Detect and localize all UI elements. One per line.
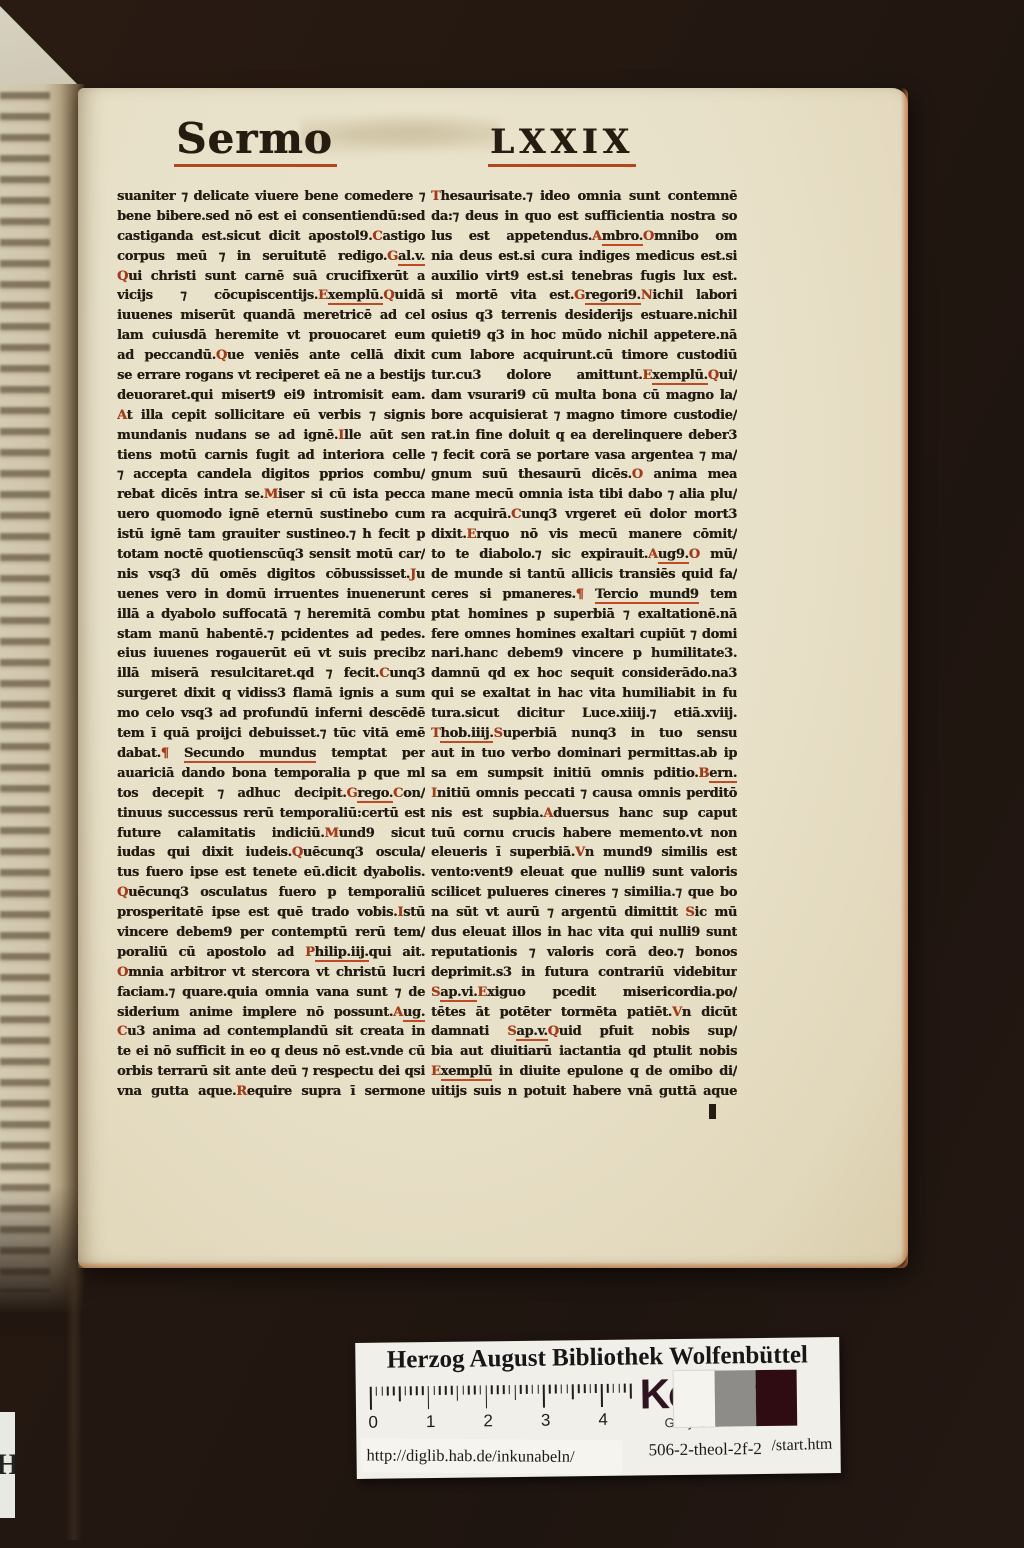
side-book-label: H	[0, 1412, 15, 1518]
text-line: prosperitatē ipse est quē trado vobis.Is…	[117, 903, 425, 923]
text-line: corpus meū ⁊ in seruitutē redigo.Gal.v.	[117, 247, 425, 267]
text-line: ptat homines p superbiā ⁊ exaltationē.nā	[431, 605, 737, 625]
rubricated-initial: A	[543, 806, 553, 821]
rubricated-initial: O	[689, 547, 700, 562]
red-underlined-citation: ap.vi.	[440, 985, 477, 1002]
ruler-tick	[480, 1385, 482, 1394]
text-line: uitijs suis n potuit habere vnā guttā aq…	[431, 1082, 737, 1102]
text-line: faciam.⁊ quare.quia omnia vana sunt ⁊ de	[117, 983, 425, 1003]
text-line: uenes vero in domū irruentes inuenerunt	[117, 585, 425, 605]
ruler-tick	[532, 1385, 534, 1394]
rubricated-initial: ¶	[161, 746, 169, 761]
ruler-tick	[589, 1384, 591, 1393]
rubricated-initial: ¶	[576, 587, 584, 602]
ruler-numbers: 01234	[370, 1408, 632, 1433]
text-line: quieti9 q3 in hoc mūdo nichil appetere.n…	[431, 326, 737, 346]
rubricated-initial: A	[648, 547, 658, 562]
text-line: nis est supbia.Aduersus hanc sup caput	[431, 804, 737, 824]
ruler-tick	[416, 1386, 418, 1395]
ruler-tick	[370, 1387, 372, 1410]
text-line: ad peccandū.Que veniēs ante cellā dixit	[117, 346, 425, 366]
ruler-tick	[618, 1384, 620, 1393]
text-line: illā a dyabolo suffocatā ⁊ heremitā comb…	[117, 605, 425, 625]
rubricated-initial: C	[393, 786, 403, 801]
ruler-tick	[485, 1385, 487, 1408]
ruler-tick	[456, 1386, 458, 1401]
ruler-tick	[537, 1385, 539, 1394]
ruler-tick	[503, 1385, 505, 1394]
text-line: mo celo vsq3 ad profundū inferni descēdē	[117, 704, 425, 724]
rubricated-initial: T	[431, 726, 440, 741]
red-underlined-citation: ug9.	[658, 547, 689, 564]
ruler-tick	[376, 1387, 378, 1396]
text-line: poraliū cū apostolo ad Philip.iij.qui ai…	[117, 943, 425, 963]
text-line: iuuenes miserūt quandā meretricē ad cel	[117, 306, 425, 326]
text-line: scilicet pulueres cineres ⁊ similia.⁊ qu…	[431, 883, 737, 903]
text-line: suaniter ⁊ delicate viuere bene comedere…	[117, 187, 425, 207]
text-line: tētes āt potēter tormēta patiēt.Vn dicūt	[431, 1003, 737, 1023]
rubricated-initial: V	[672, 1005, 682, 1020]
ruler-tick	[462, 1386, 464, 1395]
rubricated-initial: G	[346, 786, 357, 801]
ruler-tick	[508, 1385, 510, 1394]
ruler-tick	[393, 1386, 395, 1395]
rubricated-initial: Q	[548, 1024, 559, 1039]
text-line: auxilio virt9 est.si tenebras fugis lux …	[431, 267, 737, 287]
text-line: stam manū habentē.⁊ pcidentes ad pedes.	[117, 625, 425, 645]
text-line: aut in tuo verbo dominari permittas.ab i…	[431, 744, 737, 764]
rubricated-initial: S	[493, 726, 502, 741]
ruler-tick	[601, 1384, 603, 1407]
text-line: cum labore acquirunt.cū timore custodiū	[431, 346, 737, 366]
text-line: nari.hanc debem9 vincere p humilitate3.	[431, 644, 737, 664]
text-column-right: Thesaurisate.⁊ ideo omnia sunt contemnēd…	[431, 187, 737, 1102]
text-line: dixit.Erquo nō vis mecū manere cōmit/	[431, 525, 737, 545]
red-underlined-citation: Tercio mund9	[595, 587, 699, 604]
cm-ruler: 01234	[370, 1384, 633, 1443]
rubricated-initial: A	[117, 408, 127, 423]
text-line: Thesaurisate.⁊ ideo omnia sunt contemnē	[431, 187, 737, 207]
text-line: se errare rogans vt reciperet eā ne a be…	[117, 366, 425, 386]
rubricated-initial: Q	[117, 269, 128, 284]
text-line: reputationis ⁊ valoris corā deo.⁊ bonos	[431, 943, 737, 963]
text-line: de munde si tantū allicis transiēs quid …	[431, 565, 737, 585]
text-line: castiganda est.sicut dicit apostol9.Cast…	[117, 227, 425, 247]
rubricated-initial: I	[338, 428, 344, 443]
ruler-tick	[468, 1386, 470, 1395]
rubricated-initial: E	[642, 368, 652, 383]
ruler-number: 3	[541, 1411, 551, 1431]
rubricated-initial: A	[393, 1005, 403, 1020]
text-line: totam noctē quotienscūq3 sensit motū car…	[117, 545, 425, 565]
red-underlined-citation: xemplū.	[328, 288, 384, 305]
red-underlined-citation: hilip.iij.	[315, 945, 369, 962]
rubricated-initial: G	[387, 249, 398, 264]
rubricated-initial: B	[698, 766, 709, 781]
ruler-tick	[613, 1384, 615, 1393]
text-line: to te diabolo.⁊ sic expirauit.Aug9.O mū/	[431, 545, 737, 565]
folio-number: LXXIX	[488, 122, 636, 167]
rubricated-initial: E	[477, 985, 487, 1000]
red-underlined-citation: ap.v.	[516, 1024, 547, 1041]
rubricated-initial: M	[264, 487, 278, 502]
ruler-tick	[445, 1386, 447, 1395]
red-underlined-citation: xemplū.	[652, 368, 708, 385]
text-line: nia deus est.si cura indiges medicus est…	[431, 247, 737, 267]
ruler-tick	[491, 1385, 493, 1394]
library-label-card: Herzog August Bibliothek Wolfenbüttel 01…	[355, 1337, 841, 1479]
column-end-mark	[709, 1104, 716, 1119]
rubricated-initial: C	[379, 666, 389, 681]
text-line: sa em sumpsit initiū omnis pditio.Bern.	[431, 764, 737, 784]
gray-scale-patches	[674, 1370, 798, 1427]
text-line: siderium anime implere nō possunt.Aug.	[117, 1003, 425, 1023]
text-line: bia aut diuitiarū iactantia qd ptulit no…	[431, 1042, 737, 1062]
text-line: rebat dicēs intra se.Miser si cū ista pe…	[117, 485, 425, 505]
ruler-tick	[422, 1386, 424, 1395]
text-line: tur.cu3 dolore amittunt.Exemplū.Qui/	[431, 366, 737, 386]
red-underlined-citation: xemplū	[441, 1064, 492, 1081]
text-line: surgeret dixit q vidiss3 flamā ignis a s…	[117, 684, 425, 704]
text-line: Omnia arbitror vt stercora vt christū lu…	[117, 963, 425, 983]
text-line: dus eleuat illos in hac vita qui nulli9 …	[431, 923, 737, 943]
text-line: gnum suū thesaurū dicēs.O anima mea	[431, 465, 737, 485]
running-title: Sermo	[174, 114, 337, 167]
text-line: mundanis nudans se ad ignē.Ille aūt sen	[117, 426, 425, 446]
red-underlined-citation: al.v.	[398, 249, 425, 266]
text-line: ⁊ accepta candela digitos pprios combu/	[117, 465, 425, 485]
ruler-tick	[584, 1384, 586, 1393]
text-line: rat.in fine doluit q ea derelinquere deb…	[431, 426, 737, 446]
text-line: tuū cornu crucis habere memento.vt non	[431, 824, 737, 844]
red-underlined-citation: mbro.	[602, 229, 643, 246]
ruler-tick	[555, 1385, 557, 1394]
ruler-tick	[595, 1384, 597, 1393]
text-line: da:⁊ deus in quo est sufficientia nostra…	[431, 207, 737, 227]
text-line: future calamitatis indiciū.Mund9 sicut	[117, 824, 425, 844]
spine-shadow	[66, 1260, 82, 1540]
red-underlined-citation: ern.	[709, 766, 737, 783]
text-line: iudas qui dixit iudeis.Quēcunq3 oscula/	[117, 843, 425, 863]
text-line: vento:vent9 eleuat que nulli9 sunt valor…	[431, 863, 737, 883]
ruler-tick	[560, 1384, 562, 1393]
side-book-label-letter: H	[0, 1448, 15, 1482]
text-line: Quēcunq3 osculatus fuero p temporaliū	[117, 883, 425, 903]
red-underlined-citation: hob.iiij.	[440, 726, 493, 743]
rubricated-initial: Q	[117, 885, 128, 900]
text-line: ra acquirā.Cunq3 vrgeret eū dolor mort3	[431, 505, 737, 525]
text-line: tem ī quā proijci debuisset.⁊ tūc vitā e…	[117, 724, 425, 744]
text-line: eleueris ī superbiā.Vn mund9 similis est	[431, 843, 737, 863]
rubricated-initial: Q	[383, 288, 394, 303]
shelfmark: 506-2-theol-2f-2	[648, 1439, 762, 1460]
text-line: At illa cepit sollicitare eū verbis ⁊ si…	[117, 406, 425, 426]
text-line: te ei nō sufficit in eo q deus nō est.vn…	[117, 1042, 425, 1062]
red-underlined-citation: regori9.	[585, 288, 641, 305]
rubricated-initial: G	[574, 288, 585, 303]
ruler-number: 2	[483, 1411, 493, 1431]
text-line: vicijs ⁊ cōcupiscentijs.Exemplū.Quidā	[117, 286, 425, 306]
text-line: tinuus successus rerū temporaliū:certū e…	[117, 804, 425, 824]
rubricated-initial: C	[511, 507, 521, 522]
ruler-tick	[474, 1385, 476, 1394]
text-line: illā miserā resulcitaret.qd ⁊ fecit.Cunq…	[117, 664, 425, 684]
rubricated-initial: V	[575, 845, 585, 860]
red-underlined-citation: ug.	[403, 1005, 425, 1022]
facing-page-edge	[0, 84, 84, 1334]
text-line: Qui christi sunt carnē suā crucifixerūt …	[117, 267, 425, 287]
rubricated-initial: I	[397, 905, 403, 920]
rubricated-initial: Q	[216, 348, 227, 363]
rubricated-initial: S	[431, 985, 440, 1000]
rubricated-initial: C	[117, 1024, 127, 1039]
ruler-tick	[572, 1384, 574, 1399]
text-line: ceres si pmaneres.¶ Tercio mund9 tem	[431, 585, 737, 605]
text-line: bore acquisierat ⁊ magno timore custodie…	[431, 406, 737, 426]
text-line: Cu3 anima ad contemplandū sit creata in	[117, 1022, 425, 1042]
text-line: tiens motū carnis fugit ad interiora cel…	[117, 446, 425, 466]
text-line: damnati Sap.v.Quid pfuit nobis sup/	[431, 1022, 737, 1042]
text-line: tus fuero ipse est tenete eū.dicit dyabo…	[117, 863, 425, 883]
text-line: osius q3 terrenis desiderijs estuare.nic…	[431, 306, 737, 326]
ruler-tick	[520, 1385, 522, 1394]
text-line: eius iuuenes rogauerūt eū vt suis precib…	[117, 644, 425, 664]
rubricated-initial: P	[305, 945, 314, 960]
text-line: lam cuiusdā heremite vt prouocaret eum	[117, 326, 425, 346]
text-line: dabat.¶ Secundo mundus temptat per	[117, 744, 425, 764]
ruler-tick	[387, 1387, 389, 1396]
ruler-tick	[428, 1386, 430, 1409]
manuscript-page: Sermo LXXIX suaniter ⁊ delicate viuere b…	[78, 88, 908, 1268]
text-line: tos decepit ⁊ adhuc decipit.Grego.Con/	[117, 784, 425, 804]
text-line: vincere debem9 per contemptū rerū tem/	[117, 923, 425, 943]
rubricated-initial: O	[632, 467, 643, 482]
ruler-tick	[607, 1384, 609, 1393]
text-line: dam vsurari9 cū multa bona cū magno la/	[431, 386, 737, 406]
text-line: Exemplū in diuite epulone q de omibo di/	[431, 1062, 737, 1082]
text-line: lus est appetendus.Ambro.Omnibo om	[431, 227, 737, 247]
rubricated-initial: C	[372, 229, 382, 244]
text-line: fere omnes homines exaltari cupiūt ⁊ dom…	[431, 625, 737, 645]
ruler-tick	[566, 1384, 568, 1393]
text-line: uero quomodo ignē eternū sustinebo cum	[117, 505, 425, 525]
ruler-tick	[399, 1386, 401, 1401]
text-column-left: suaniter ⁊ delicate viuere bene comedere…	[117, 187, 425, 1102]
text-line: orbis terrarū sit ante deū ⁊ respectu de…	[117, 1062, 425, 1082]
ruler-tick	[451, 1386, 453, 1395]
rubricated-initial: E	[318, 288, 328, 303]
rubricated-initial: O	[643, 229, 654, 244]
text-line: nis vsq3 dū omēs digitos cōbussisset.Ju	[117, 565, 425, 585]
text-line: ⁊ fecit corā se portare vasa argentea ⁊ …	[431, 446, 737, 466]
ruler-ticks	[370, 1384, 632, 1411]
ruler-tick	[381, 1387, 383, 1396]
text-line: qui se exaltat in hac vita humiliabit in…	[431, 684, 737, 704]
rubricated-initial: E	[431, 1064, 441, 1079]
ruler-tick	[543, 1385, 545, 1408]
gray-patch-1	[715, 1370, 757, 1426]
text-line: mane mecū omnia ista tibi dabo ⁊ alia pl…	[431, 485, 737, 505]
rubricated-initial: J	[410, 567, 416, 582]
rubricated-initial: O	[117, 965, 128, 980]
ruler-tick	[526, 1385, 528, 1394]
red-underlined-citation: Secundo mundus	[184, 746, 316, 763]
ruler-tick	[439, 1386, 441, 1395]
text-line: si mortē vita est.Gregori9.Nichil labori	[431, 286, 737, 306]
ruler-number: 0	[368, 1413, 378, 1433]
text-line: na sūt vt aurū ⁊ argentū dimittit Sic mū	[431, 903, 737, 923]
ruler-number: 4	[598, 1410, 608, 1430]
text-line: Initiū omnis peccati ⁊ causa omnis perdi…	[431, 784, 737, 804]
gray-patch-0	[674, 1371, 716, 1427]
rubricated-initial: T	[431, 189, 440, 204]
rubricated-initial: E	[466, 527, 476, 542]
ruler-tick	[497, 1385, 499, 1394]
ruler-number: 1	[426, 1412, 436, 1432]
ruler-tick	[410, 1386, 412, 1395]
ruler-tick	[514, 1385, 516, 1400]
rubricated-initial: M	[324, 826, 338, 841]
text-line: istū ignē tam grauiter sustineo.⁊ h feci…	[117, 525, 425, 545]
rubricated-initial: S	[685, 905, 694, 920]
text-line: bene bibere.sed nō est ei consentiendū:s…	[117, 207, 425, 227]
text-line: Thob.iiij.Superbiā nunq3 in tuo sensu	[431, 724, 737, 744]
ruler-tick	[404, 1386, 406, 1395]
text-line: auariciā dando bona temporalia p que ml	[117, 764, 425, 784]
red-underlined-citation: rego.	[357, 786, 393, 803]
start-htm-label: /start.htm	[771, 1436, 832, 1456]
rubricated-initial: Q	[292, 845, 303, 860]
text-line: Sap.vi.Exiguo pcedit misericordia.po/	[431, 983, 737, 1003]
ruler-tick	[433, 1386, 435, 1395]
text-line: deprimit.s3 in futura contrariū videbitu…	[431, 963, 737, 983]
rubricated-initial: R	[236, 1084, 247, 1099]
rubricated-initial: S	[507, 1024, 516, 1039]
ruler-tick	[578, 1384, 580, 1393]
gray-patch-2	[756, 1370, 798, 1426]
rubricated-initial: I	[431, 786, 437, 801]
text-line: damnū qd ex hoc sequit considerādo.na3	[431, 664, 737, 684]
digitization-url: http://diglib.hab.de/inkunabeln/	[360, 1438, 622, 1474]
text-line: vna gutta aque.Require supra ī sermone	[117, 1082, 425, 1102]
ruler-tick	[549, 1385, 551, 1394]
rubricated-initial: Q	[708, 368, 719, 383]
rubricated-initial: N	[641, 288, 653, 303]
text-line: tura.sicut dicitur Luce.xiiij.⁊ etiā.xvi…	[431, 704, 737, 724]
text-line: deuoraret.qui misert9 ei9 intromisit eam…	[117, 386, 425, 406]
rubricated-initial: A	[592, 229, 602, 244]
